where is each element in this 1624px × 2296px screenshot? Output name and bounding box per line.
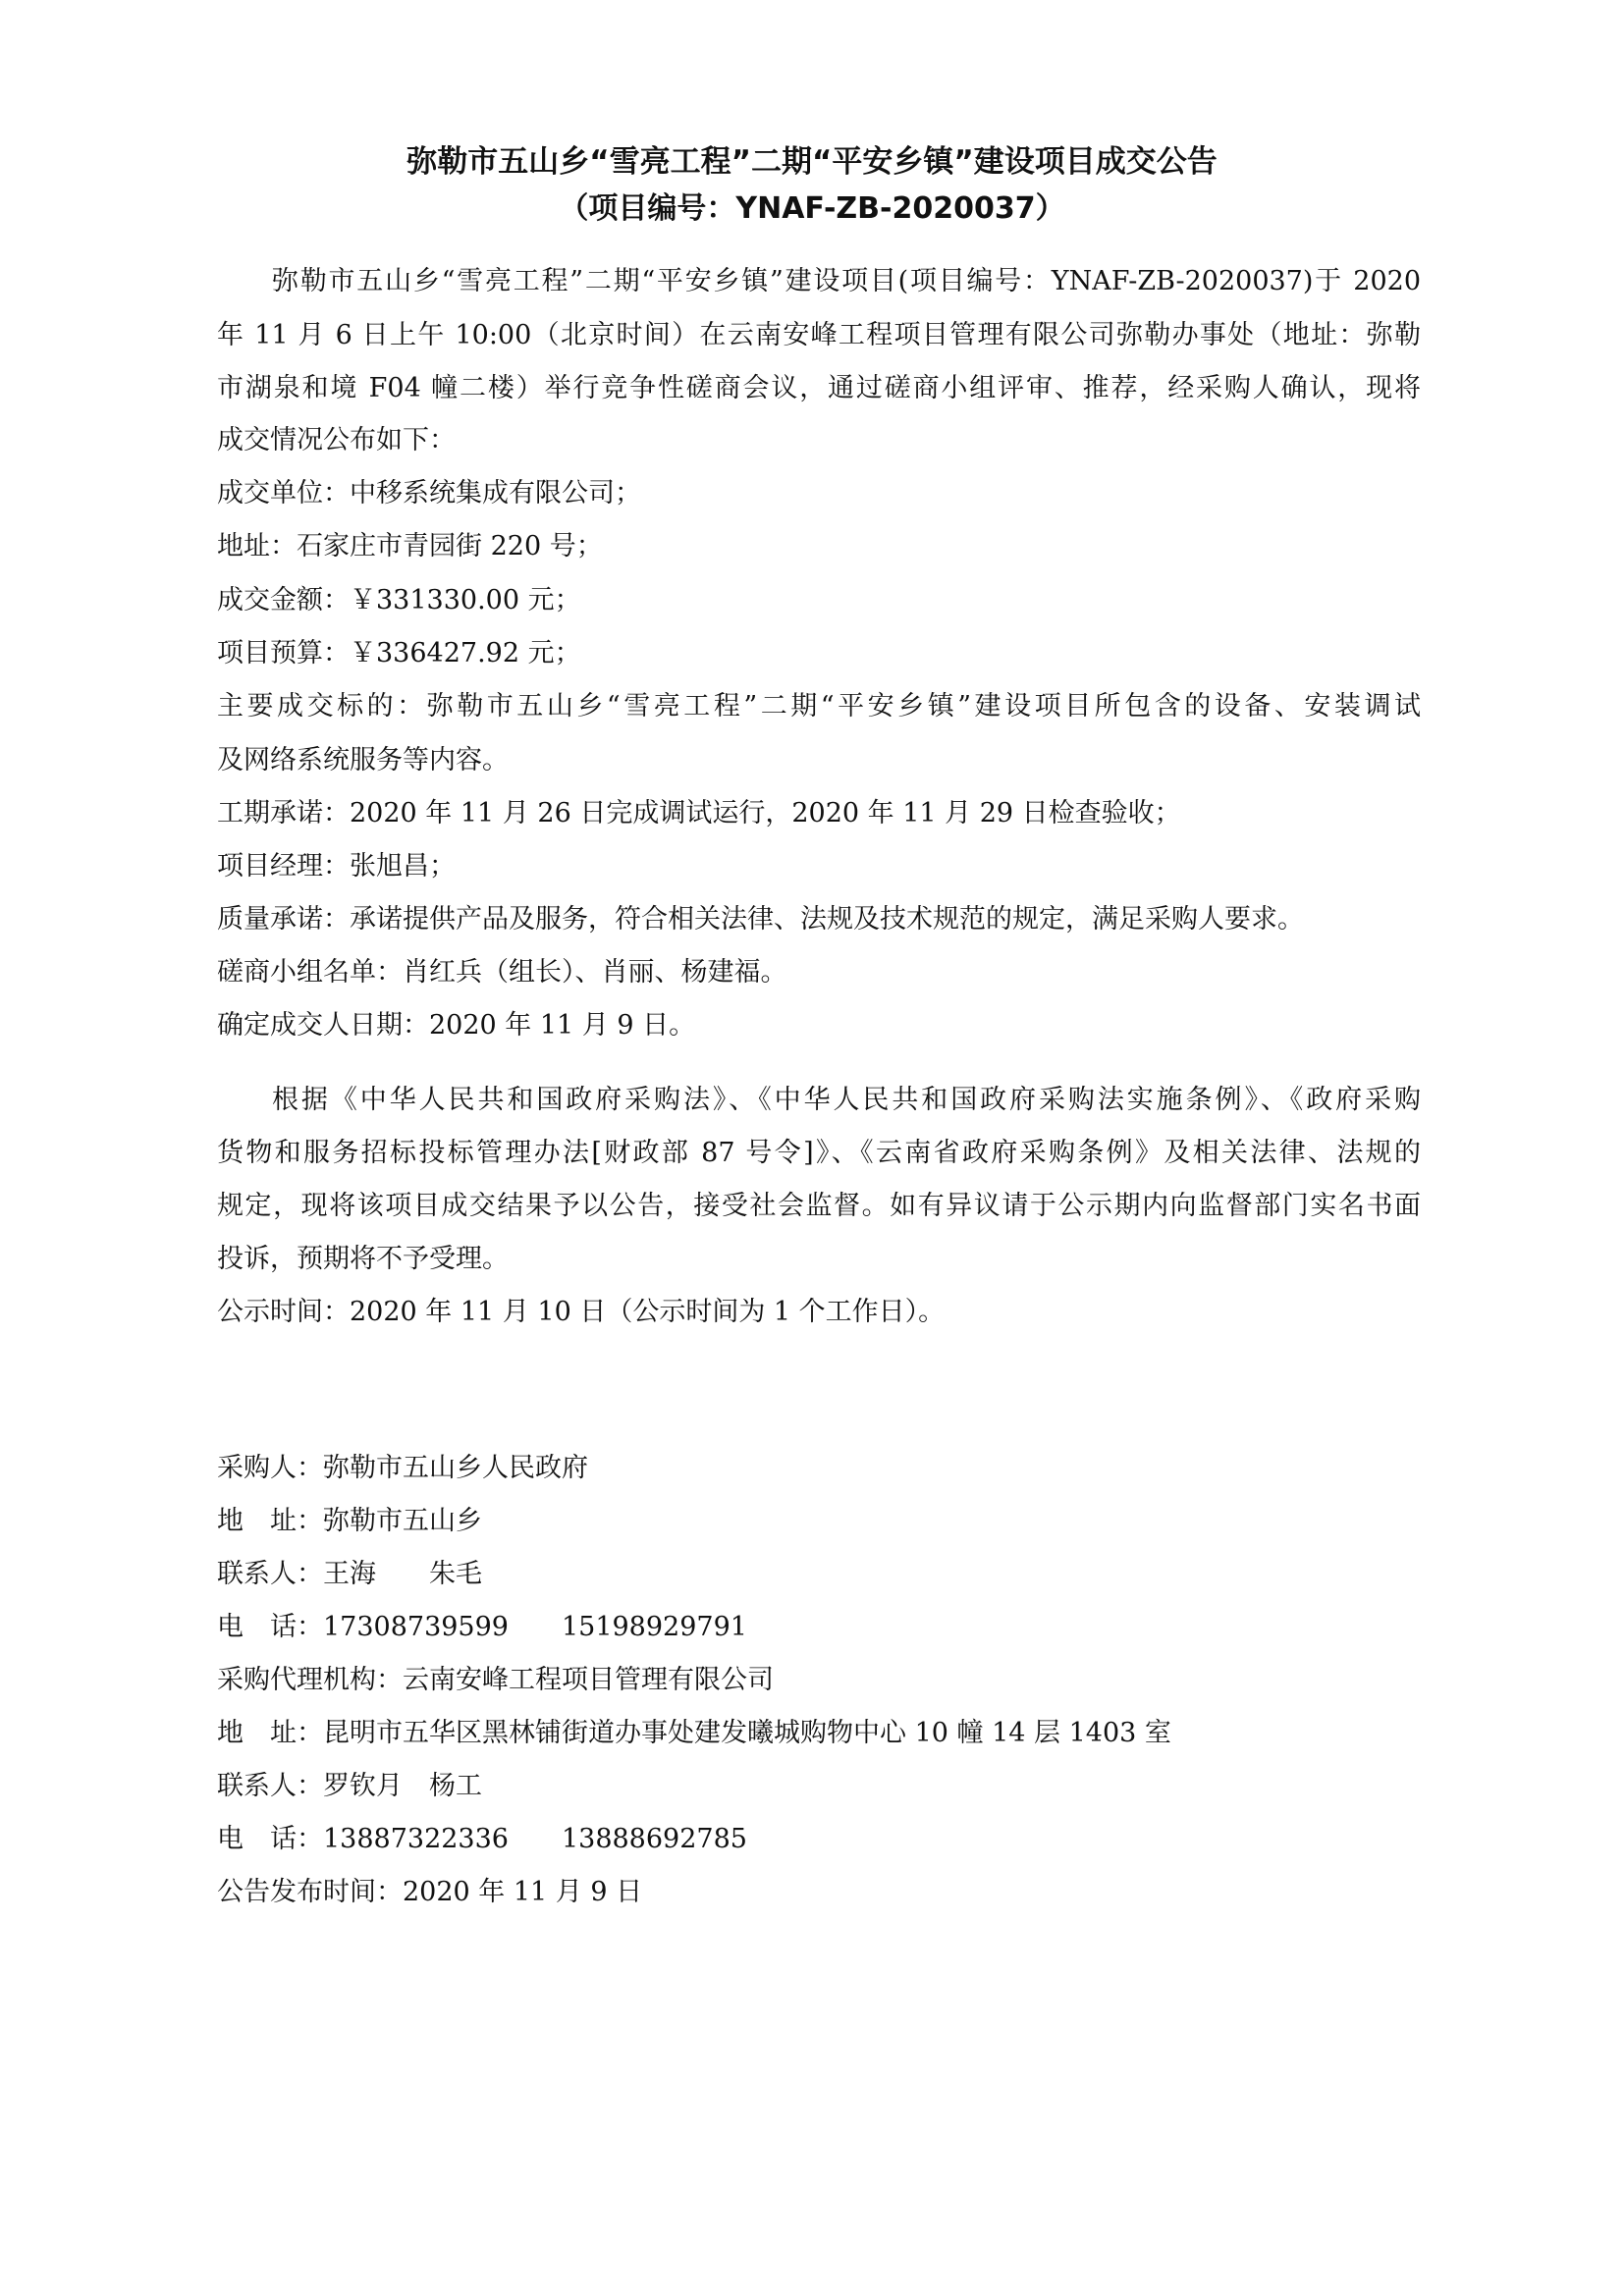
- schedule-commitment: 工期承诺：2020 年 11 月 26 日完成调试运行，2020 年 11 月 …: [217, 796, 1421, 831]
- decision-date: 确定成交人日期：2020 年 11 月 9 日。: [217, 1008, 1421, 1043]
- intro-line: 弥勒市五山乡“雪亮工程”二期“平安乡镇”建设项目(项目编号：YNAF-ZB-20…: [272, 264, 1421, 299]
- purchaser-contacts: 联系人：王海 朱毛: [217, 1557, 1421, 1592]
- winner-address: 地址：石家庄市青园街 220 号；: [217, 529, 1421, 564]
- project-number: （项目编号：YNAF-ZB-2020037）: [0, 189, 1624, 229]
- agency-name: 采购代理机构：云南安峰工程项目管理有限公司: [217, 1663, 1421, 1698]
- agency-contacts: 联系人：罗钦月 杨工: [217, 1769, 1421, 1804]
- agency-phone: 电 话：13887322336 13888692785: [217, 1822, 1421, 1857]
- publish-date: 公告发布时间：2020 年 11 月 9 日: [217, 1875, 1421, 1910]
- intro-line: 成交情况公布如下：: [217, 423, 1421, 458]
- project-budget: 项目预算：￥336427.92 元；: [217, 636, 1421, 671]
- purchaser-address: 地 址：弥勒市五山乡: [217, 1504, 1421, 1539]
- intro-line: 市湖泉和境 F04 幢二楼）举行竞争性磋商会议，通过磋商小组评审、推荐，经采购人…: [217, 371, 1421, 406]
- legal-line: 规定，现将该项目成交结果予以公告，接受社会监督。如有异议请于公示期内向监督部门实…: [217, 1189, 1421, 1224]
- main-subject: 主要成交标的：弥勒市五山乡“雪亮工程”二期“平安乡镇”建设项目所包含的设备、安装…: [217, 689, 1421, 724]
- purchaser-phone: 电 话：17308739599 15198929791: [217, 1610, 1421, 1645]
- agency-address: 地 址：昆明市五华区黑林铺街道办事处建发曦城购物中心 10 幢 14 层 140…: [217, 1716, 1421, 1751]
- deal-amount: 成交金额：￥331330.00 元；: [217, 583, 1421, 618]
- legal-line: 根据《中华人民共和国政府采购法》、《中华人民共和国政府采购法实施条例》、《政府采…: [272, 1083, 1421, 1118]
- intro-line: 年 11 月 6 日上午 10:00（北京时间）在云南安峰工程项目管理有限公司弥…: [217, 318, 1421, 353]
- legal-line: 投诉，预期将不予受理。: [217, 1242, 1421, 1277]
- project-manager: 项目经理：张旭昌；: [217, 849, 1421, 884]
- notice-period: 公示时间：2020 年 11 月 10 日（公示时间为 1 个工作日）。: [217, 1295, 1421, 1330]
- purchaser-name: 采购人：弥勒市五山乡人民政府: [217, 1451, 1421, 1486]
- document-title: 弥勒市五山乡“雪亮工程”二期“平安乡镇”建设项目成交公告: [0, 142, 1624, 182]
- main-subject-cont: 及网络系统服务等内容。: [217, 743, 1421, 778]
- legal-line: 货物和服务招标投标管理办法[财政部 87 号令]》、《云南省政府采购条例》及相关…: [217, 1136, 1421, 1171]
- winner: 成交单位：中移系统集成有限公司；: [217, 476, 1421, 511]
- quality-commitment: 质量承诺：承诺提供产品及服务，符合相关法律、法规及技术规范的规定，满足采购人要求…: [217, 902, 1421, 937]
- negotiation-panel: 磋商小组名单：肖红兵（组长）、肖丽、杨建福。: [217, 955, 1421, 990]
